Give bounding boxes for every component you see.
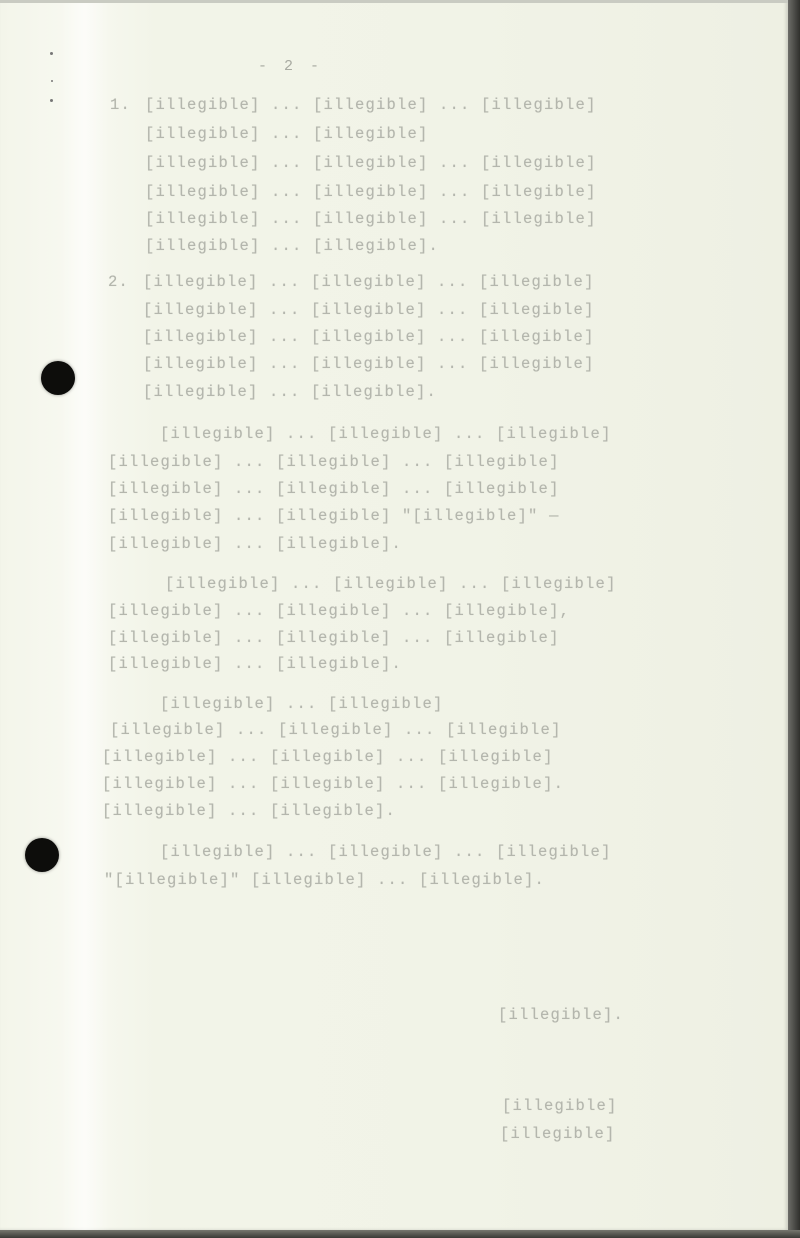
signature-name: [illegible] — [502, 1092, 618, 1121]
paragraph-line: [illegible] ... [illegible] ... [illegib… — [145, 149, 597, 178]
paragraph-line: [illegible] ... [illegible] "[illegible]… — [108, 502, 560, 531]
signature-title: [illegible] — [500, 1120, 616, 1149]
paragraph-line: [illegible] ... [illegible] ... [illegib… — [143, 296, 595, 325]
paragraph-line: [illegible] ... [illegible] ... [illegib… — [143, 323, 595, 352]
margin-mark-icon — [51, 80, 53, 82]
closing-line: [illegible]. — [498, 1001, 624, 1030]
paragraph-line: [illegible] ... [illegible] ... [illegib… — [145, 91, 597, 120]
scan-bottom-border — [0, 1230, 800, 1238]
paragraph-marker: 2. — [108, 268, 129, 297]
margin-mark-icon — [50, 99, 53, 102]
page-number: - 2 - — [258, 58, 323, 75]
paragraph-line: [illegible] ... [illegible] ... [illegib… — [160, 838, 612, 867]
paragraph-line: [illegible] ... [illegible] ... [illegib… — [102, 770, 564, 799]
paragraph-line: [illegible] ... [illegible] ... [illegib… — [108, 624, 560, 653]
paragraph-line: [illegible] ... [illegible] — [160, 690, 444, 719]
margin-mark-icon — [50, 52, 53, 55]
paragraph-line: [illegible] ... [illegible] ... [illegib… — [108, 475, 560, 504]
paragraph-line: [illegible] ... [illegible] ... [illegib… — [102, 743, 554, 772]
scan-right-border — [788, 0, 800, 1238]
paragraph-line: [illegible] ... [illegible] ... [illegib… — [160, 420, 612, 449]
paragraph-line: [illegible] ... [illegible]. — [108, 530, 402, 559]
scan-top-edge — [0, 0, 800, 3]
paragraph-line: [illegible] ... [illegible] ... [illegib… — [143, 350, 595, 379]
punch-hole-icon — [25, 838, 59, 872]
document-page: - 2 - 1. [illegible] ... [illegible] ...… — [0, 0, 788, 1230]
paragraph-line: [illegible] ... [illegible] ... [illegib… — [143, 268, 595, 297]
paragraph-line: [illegible] ... [illegible]. — [145, 232, 439, 261]
paragraph-line: "[illegible]" [illegible] ... [illegible… — [104, 866, 545, 895]
paragraph-line: [illegible] ... [illegible] ... [illegib… — [145, 178, 597, 207]
paragraph-line: [illegible] ... [illegible]. — [108, 650, 402, 679]
punch-hole-icon — [41, 361, 75, 395]
paragraph-marker: 1. — [110, 91, 131, 120]
paragraph-line: [illegible] ... [illegible] ... [illegib… — [110, 716, 562, 745]
paragraph-line: [illegible] ... [illegible] — [145, 120, 429, 149]
paragraph-line: [illegible] ... [illegible] ... [illegib… — [108, 597, 570, 626]
paragraph-line: [illegible] ... [illegible] ... [illegib… — [108, 448, 560, 477]
paragraph-line: [illegible] ... [illegible] ... [illegib… — [165, 570, 617, 599]
paragraph-line: [illegible] ... [illegible]. — [143, 378, 437, 407]
paragraph-line: [illegible] ... [illegible]. — [102, 797, 396, 826]
paragraph-line: [illegible] ... [illegible] ... [illegib… — [145, 205, 597, 234]
